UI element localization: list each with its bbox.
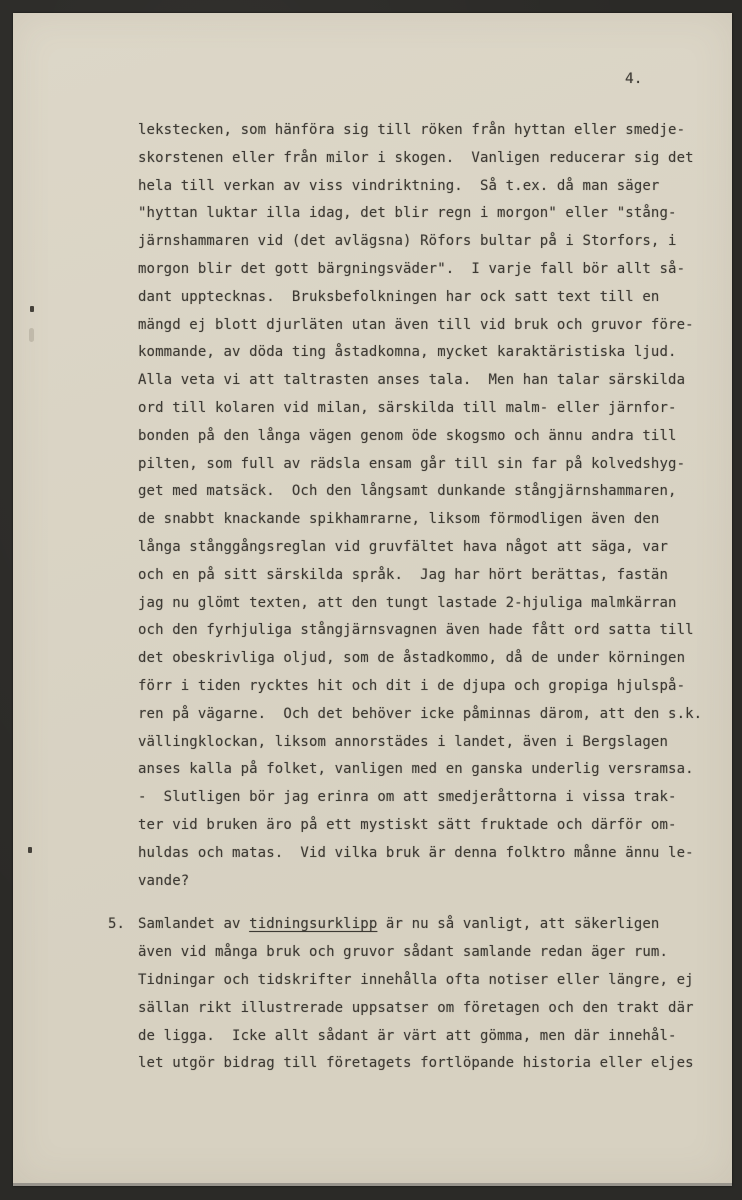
text-line: de snabbt knackande spikhamrarne, liksom… <box>138 506 708 534</box>
text-line: dant upptecknas. Bruksbefolkningen har o… <box>138 284 708 312</box>
underlined-term: tidningsurklipp <box>249 916 377 932</box>
text-line: "hyttan luktar illa idag, det blir regn … <box>138 200 708 228</box>
text-line: 5.Samlandet av tidningsurklipp är nu så … <box>138 911 708 939</box>
text-line: hela till verkan av viss vindriktning. S… <box>138 173 708 201</box>
page-number: 4. <box>625 71 642 87</box>
text-line: järnshammaren vid (det avlägsna) Röfors … <box>138 228 708 256</box>
item-number: 5. <box>108 911 125 939</box>
text-line: ter vid bruken äro på ett mystiskt sätt … <box>138 812 708 840</box>
continuation-paragraph: lekstecken, som hänföra sig till röken f… <box>138 117 708 895</box>
numbered-item-5: 5.Samlandet av tidningsurklipp är nu så … <box>138 911 708 1078</box>
text-segment: Samlandet av <box>138 916 249 932</box>
paper-speck <box>30 306 34 312</box>
text-segment: är nu så vanligt, att säkerligen <box>377 916 659 932</box>
text-line: pilten, som full av rädsla ensam går til… <box>138 451 708 479</box>
paper-speck <box>28 847 32 853</box>
text-line: mängd ej blott djurläten utan även till … <box>138 312 708 340</box>
text-line: Alla veta vi att taltrasten anses tala. … <box>138 367 708 395</box>
text-line: Tidningar och tidskrifter innehålla ofta… <box>138 967 708 995</box>
text-line: förr i tiden rycktes hit och dit i de dj… <box>138 673 708 701</box>
text-line: lekstecken, som hänföra sig till röken f… <box>138 117 708 145</box>
text-line: bonden på den långa vägen genom öde skog… <box>138 423 708 451</box>
paper-smudge <box>29 328 34 342</box>
text-line: det obeskrivliga oljud, som de åstadkomm… <box>138 645 708 673</box>
text-line: skorstenen eller från milor i skogen. Va… <box>138 145 708 173</box>
text-line: vande? <box>138 868 708 896</box>
text-line: sällan rikt illustrerade uppsatser om fö… <box>138 995 708 1023</box>
text-line: och den fyrhjuliga stångjärnsvagnen även… <box>138 617 708 645</box>
text-line: även vid många bruk och gruvor sådant sa… <box>138 939 708 967</box>
text-line: huldas och matas. Vid vilka bruk är denn… <box>138 840 708 868</box>
text-line: jag nu glömt texten, att den tungt lasta… <box>138 590 708 618</box>
text-line: ord till kolaren vid milan, särskilda ti… <box>138 395 708 423</box>
text-line: morgon blir det gott bärgningsväder". I … <box>138 256 708 284</box>
text-line: let utgör bidrag till företagets fortlöp… <box>138 1050 708 1078</box>
text-line: och en på sitt särskilda språk. Jag har … <box>138 562 708 590</box>
document-page: 4. lekstecken, som hänföra sig till röke… <box>13 13 732 1186</box>
text-line: vällingklockan, liksom annorstädes i lan… <box>138 729 708 757</box>
text-line: anses kalla på folket, vanligen med en g… <box>138 756 708 784</box>
text-line: get med matsäck. Och den långsamt dunkan… <box>138 478 708 506</box>
text-line: ren på vägarne. Och det behöver icke påm… <box>138 701 708 729</box>
text-line: - Slutligen bör jag erinra om att smedje… <box>138 784 708 812</box>
text-line: de ligga. Icke allt sådant är värt att g… <box>138 1023 708 1051</box>
text-line: långa stånggångsreglan vid gruvfältet ha… <box>138 534 708 562</box>
text-line: kommande, av döda ting åstadkomna, mycke… <box>138 339 708 367</box>
body-text: lekstecken, som hänföra sig till röken f… <box>138 117 708 1078</box>
